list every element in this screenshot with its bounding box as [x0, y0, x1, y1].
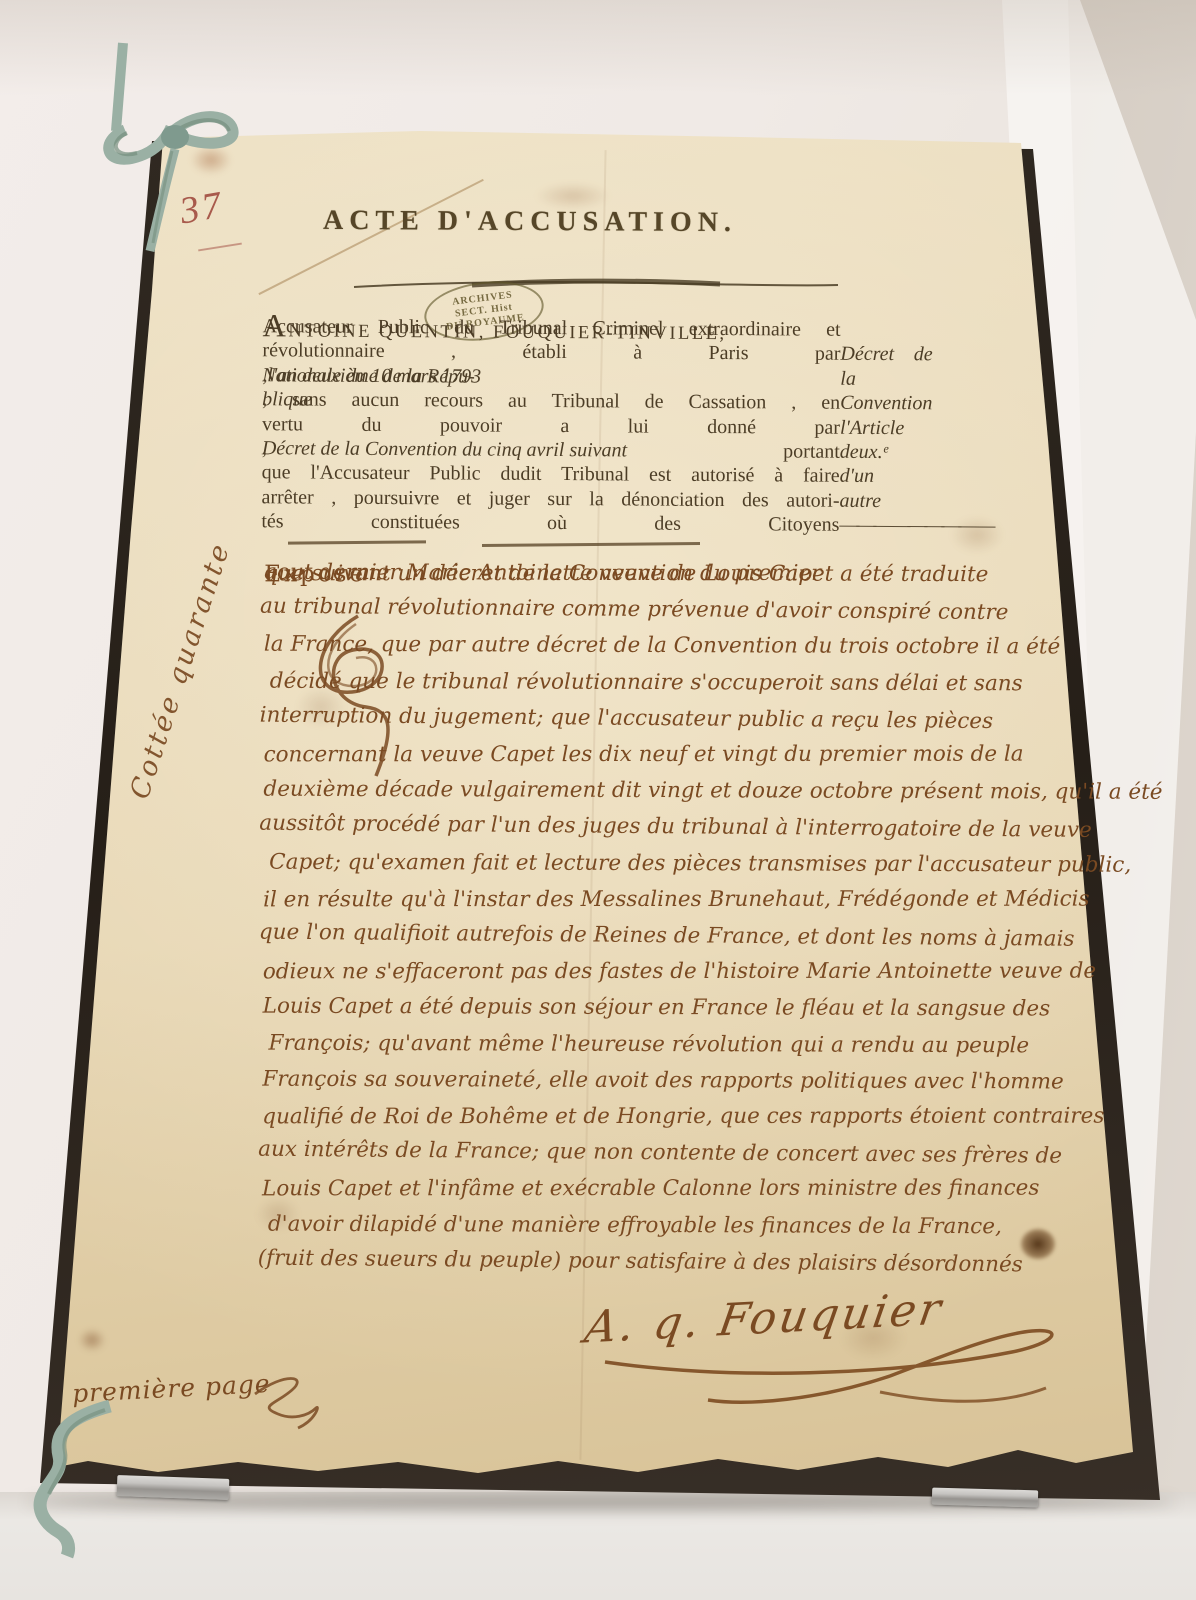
signature-flourish [560, 1290, 1120, 1420]
text-line: arrêter , poursuivre et juger sur la dén… [261, 485, 839, 513]
text-line: aussitôt procédé par l'un des juges du t… [259, 806, 1025, 849]
mounting-clip-right [932, 1488, 1038, 1508]
page-note-flourish [250, 1366, 330, 1436]
document-title: ACTE D'ACCUSATION. [250, 205, 810, 240]
text-line: François sa souveraineté, elle avoit des… [262, 1062, 1028, 1101]
text-line: que l'on qualifioit autrefois de Reines … [259, 915, 1025, 958]
text-line: blique , sans aucun recours au Tribunal … [262, 387, 840, 415]
text-line: d'avoir dilapidé d'une manière effroyabl… [268, 1206, 1034, 1245]
text-line: Louis Capet et l'infâme et exécrable Cal… [262, 1171, 1028, 1208]
text-line: odieux ne s'effaceront pas des fastes de… [263, 954, 1029, 991]
text-line: Capet; qu'examen fait et lecture des piè… [269, 844, 1035, 883]
mounting-clip-left [117, 1475, 230, 1500]
text-line: Décret de la Convention du cinq avril su… [262, 436, 840, 464]
top-ribbon [95, 35, 255, 265]
text-line: aux intérêts de la France; que non conte… [258, 1132, 1024, 1175]
text-line: (fruit des sueurs du peuple) pour satisf… [258, 1240, 1024, 1283]
title-rule [352, 278, 840, 292]
printed-intro-paragraph: ANTOINE QUENTIN, FOUQUIER-TINVILLE,Accus… [261, 314, 840, 537]
paper-stain [78, 1328, 106, 1352]
text-line: tés constituées où des Citoyens ————————… [261, 509, 839, 537]
text-line: Louis Capet a été depuis son séjour en F… [263, 989, 1029, 1028]
margin-paraph-scribble [298, 608, 398, 778]
text-line: Nationale du 10 mars 1793 , l'an deuxièm… [262, 363, 840, 391]
text-line: que l'Accusateur Public dudit Tribunal e… [262, 461, 840, 489]
text-line: qualifié de Roi de Bohême et de Hongrie,… [262, 1099, 1028, 1136]
text-line: vertu du pouvoir a lui donné par l'Artic… [262, 412, 840, 440]
text-line: il en résulte qu'à l'instar des Messalin… [263, 881, 1029, 918]
text-line: François; qu'avant même l'heureuse révol… [268, 1025, 1034, 1064]
museum-photo-scene: 37 ACTE D'ACCUSATION. ARCHIVES SECT. His… [0, 0, 1196, 1600]
